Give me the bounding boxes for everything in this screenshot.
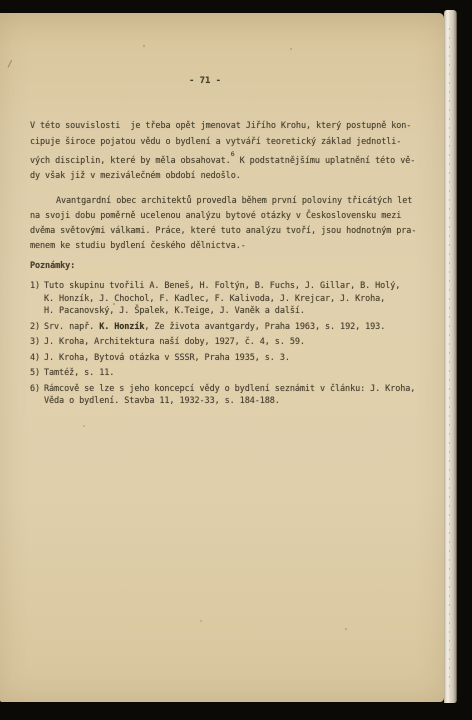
footnote-reference-6: 6 — [231, 150, 235, 158]
footnote-number: 6) — [30, 383, 44, 408]
pencil-mark — [7, 60, 16, 70]
footnote-3: 3) J. Kroha, Architektura naší doby, 192… — [30, 336, 432, 349]
footnote-number: 5) — [30, 367, 44, 380]
paper-specks — [0, 13, 2, 15]
footnote-number: 1) — [30, 280, 44, 318]
bold-author-name: K. Honzík — [99, 322, 144, 332]
document-page: - 71 - V této souvislosti je třeba opět … — [0, 13, 444, 702]
paragraph-1-line: V této souvislosti je třeba opět jmenova… — [30, 119, 432, 135]
footnote-text: J. Kroha, Architektura naší doby, 1927, … — [44, 336, 432, 349]
paragraph-1-line: cipuje široce pojatou vědu o bydlení a v… — [30, 135, 432, 151]
scanned-book-photo: - 71 - V této souvislosti je třeba opět … — [0, 0, 472, 720]
footnote-text: Srv. např. K. Honzík, Ze života avantgar… — [44, 321, 432, 334]
footnote-text: Tamtéž, s. 11. — [44, 367, 432, 380]
body-text: V této souvislosti je třeba opět jmenova… — [30, 119, 432, 263]
paragraph-1-line: vých disciplin, které by měla obsahovat.… — [30, 150, 432, 169]
footnote-4: 4) J. Kroha, Bytová otázka v SSSR, Praha… — [30, 352, 432, 365]
paragraph-2-line: na svoji dobu poměrně ucelenou analýzu b… — [30, 209, 432, 224]
paragraph-2: Avantgardní obec architektů provedla běh… — [30, 194, 432, 254]
footnote-1: 1) Tuto skupinu tvořili A. Beneš, H. Fol… — [30, 280, 432, 318]
footnote-5: 5) Tamtéž, s. 11. — [30, 367, 432, 380]
footnote-text: Tuto skupinu tvořili A. Beneš, H. Foltýn… — [44, 280, 432, 318]
paragraph-2-line: Avantgardní obec architektů provedla běh… — [30, 194, 432, 209]
paragraph-1-line-segment: vých disciplin, které by měla obsahovat. — [30, 156, 231, 166]
footnote-number: 3) — [30, 336, 44, 349]
footnote-number: 4) — [30, 352, 44, 365]
paragraph-2-line: menem ke studiu bydlení českého dělnictv… — [30, 239, 432, 254]
notes-heading: Poznámky: — [30, 260, 75, 273]
footnote-6: 6) Rámcově se lze s jeho koncepcí vědy o… — [30, 383, 432, 408]
footnote-2: 2) Srv. např. K. Honzík, Ze života avant… — [30, 321, 432, 334]
paragraph-1-line-segment: K podstatnějšímu uplatnění této vě- — [235, 156, 416, 166]
footnote-text: Rámcově se lze s jeho koncepcí vědy o by… — [44, 383, 432, 408]
footnote-text: J. Kroha, Bytová otázka v SSSR, Praha 19… — [44, 352, 432, 365]
page-number: - 71 - — [30, 76, 380, 86]
paragraph-2-line: dvěma světovými válkami. Práce, které tu… — [30, 224, 432, 239]
paragraph-1: V této souvislosti je třeba opět jmenova… — [30, 119, 432, 185]
paragraph-1-line: dy však již v meziválečném období nedošl… — [30, 169, 432, 185]
book-fore-edge — [444, 10, 457, 703]
footnote-number: 2) — [30, 321, 44, 334]
footnotes-list: 1) Tuto skupinu tvořili A. Beneš, H. Fol… — [30, 280, 432, 411]
